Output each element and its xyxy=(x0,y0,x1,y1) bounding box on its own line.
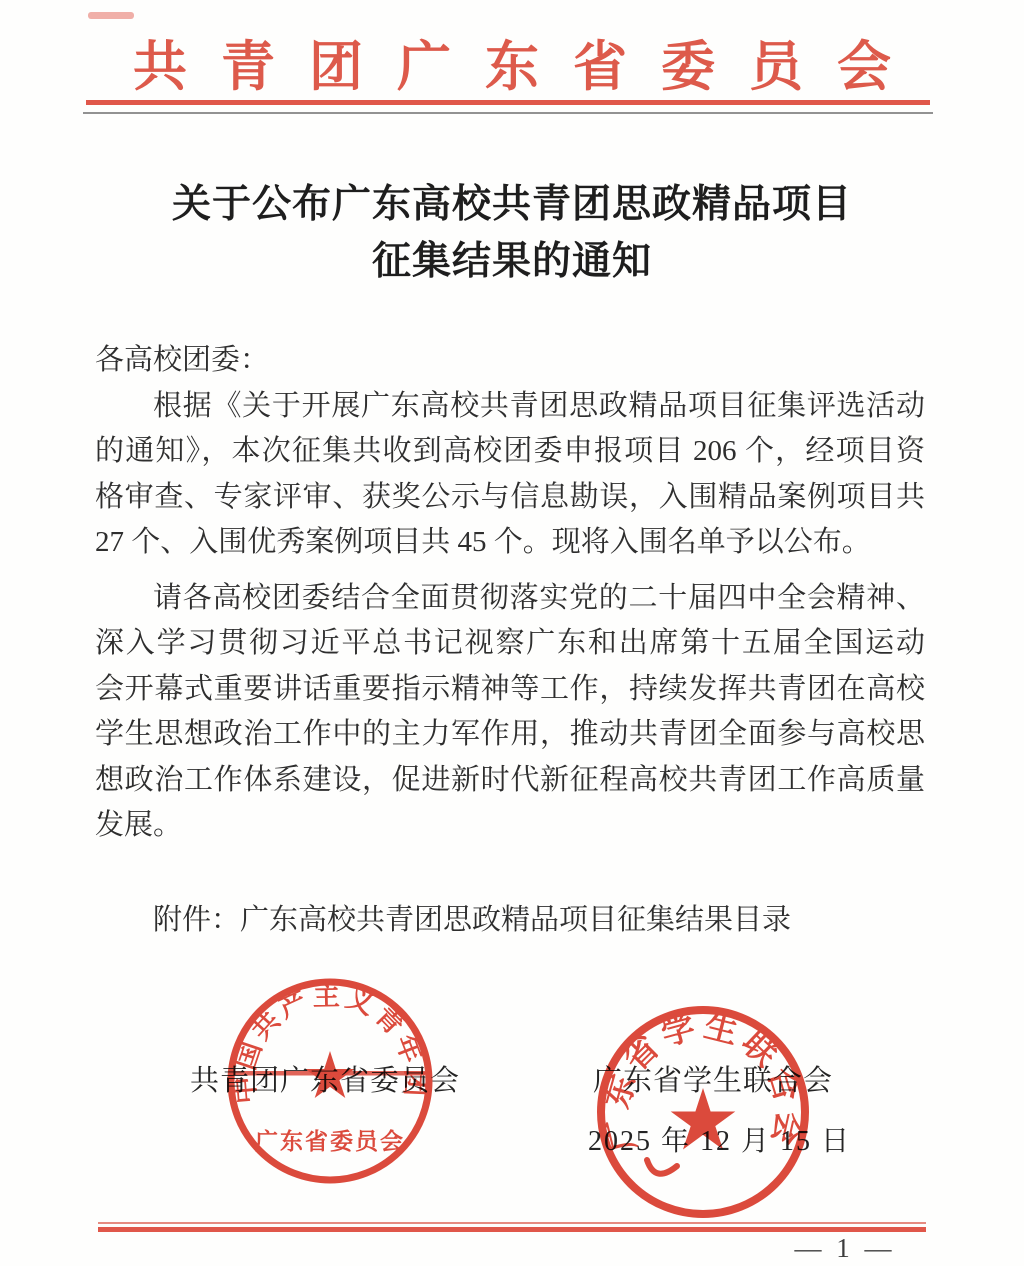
student-federation-seal: 广东省学生联合会 xyxy=(585,994,821,1230)
seal-bottom-text: 广东省委员会 xyxy=(255,1128,405,1154)
document-title: 关于公布广东高校共青团思政精品项目 征集结果的通知 xyxy=(0,176,1024,290)
attachment-line: 附件：广东高校共青团思政精品项目征集结果目录 xyxy=(95,898,925,944)
document-title-line1: 关于公布广东高校共青团思政精品项目 xyxy=(0,176,1024,233)
letterhead-org-title: 共青团广东省委员会 xyxy=(0,24,1024,101)
document-body: 各高校团委： 根据《关于开展广东高校共青团思政精品项目征集评选活动 的通知》，本… xyxy=(95,338,925,943)
body-line: 学生思想政治工作中的主力军作用，推动共青团全面参与高校思 xyxy=(95,712,925,758)
letterhead-red-rule xyxy=(86,100,930,105)
document-title-line2: 征集结果的通知 xyxy=(0,233,1024,290)
letterhead-thin-rule xyxy=(83,112,933,114)
scan-artifact xyxy=(88,12,134,19)
body-line: 格审查、专家评审、获奖公示与信息勘误，入围精品案例项目共 xyxy=(95,475,925,521)
seal-cross-line xyxy=(235,1071,425,1076)
seal-star-icon xyxy=(671,1088,736,1150)
body-line: 发展。 xyxy=(95,803,925,849)
body-line: 会开幕式重要讲话重要指示精神等工作，持续发挥共青团在高校 xyxy=(95,667,925,713)
seal-ink-stroke xyxy=(647,1160,677,1174)
document-page: 共青团广东省委员会 关于公布广东高校共青团思政精品项目 征集结果的通知 各高校团… xyxy=(0,0,1024,1266)
body-line: 27 个、入围优秀案例项目共 45 个。现将入围名单予以公布。 xyxy=(95,520,925,566)
body-line: 深入学习贯彻习近平总书记视察广东和出席第十五届全国运动 xyxy=(95,621,925,667)
page-number: — 1 — xyxy=(775,1233,915,1264)
footer-thick-rule xyxy=(98,1227,926,1232)
body-line: 想政治工作体系建设，促进新时代新征程高校共青团工作高质量 xyxy=(95,758,925,804)
salutation-line: 各高校团委： xyxy=(95,338,925,384)
footer-thin-rule xyxy=(98,1222,926,1224)
youth-league-seal: 中国共产主义青年团 广东省委员会 xyxy=(215,966,445,1196)
body-line: 根据《关于开展广东高校共青团思政精品项目征集评选活动 xyxy=(95,384,925,430)
body-line: 请各高校团委结合全面贯彻落实党的二十届四中全会精神、 xyxy=(95,576,925,622)
body-line: 的通知》，本次征集共收到高校团委申报项目 206 个，经项目资 xyxy=(95,429,925,475)
